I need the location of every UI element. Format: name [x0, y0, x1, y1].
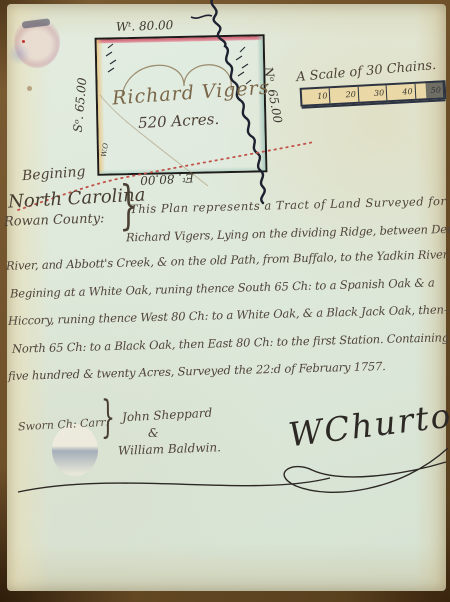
bearing-top-label: Wᵗ. 80.00: [116, 18, 174, 34]
scale-segment: 40: [387, 84, 416, 100]
ink-streak: [22, 18, 51, 28]
scale-segment: 20: [330, 87, 359, 103]
seal-residue-stain: [52, 424, 98, 476]
plat-east-band: [257, 36, 266, 170]
plat-north-band: [97, 36, 263, 43]
scale-segment: 30: [358, 85, 387, 101]
witness-ampersand: &: [148, 426, 159, 440]
photographed-document: Wᵗ. 80.00 Sᵒ. 65.00 Nᵒ. 65.00 Eᵗ. 80.00 …: [0, 0, 450, 602]
blue-blotch: [8, 42, 30, 66]
paper-spot: [27, 86, 32, 91]
witness-brace: }: [101, 398, 115, 438]
wax-seal-stain: [14, 16, 60, 68]
scale-segment: 10: [302, 88, 331, 104]
ink-smudge: [425, 80, 446, 98]
